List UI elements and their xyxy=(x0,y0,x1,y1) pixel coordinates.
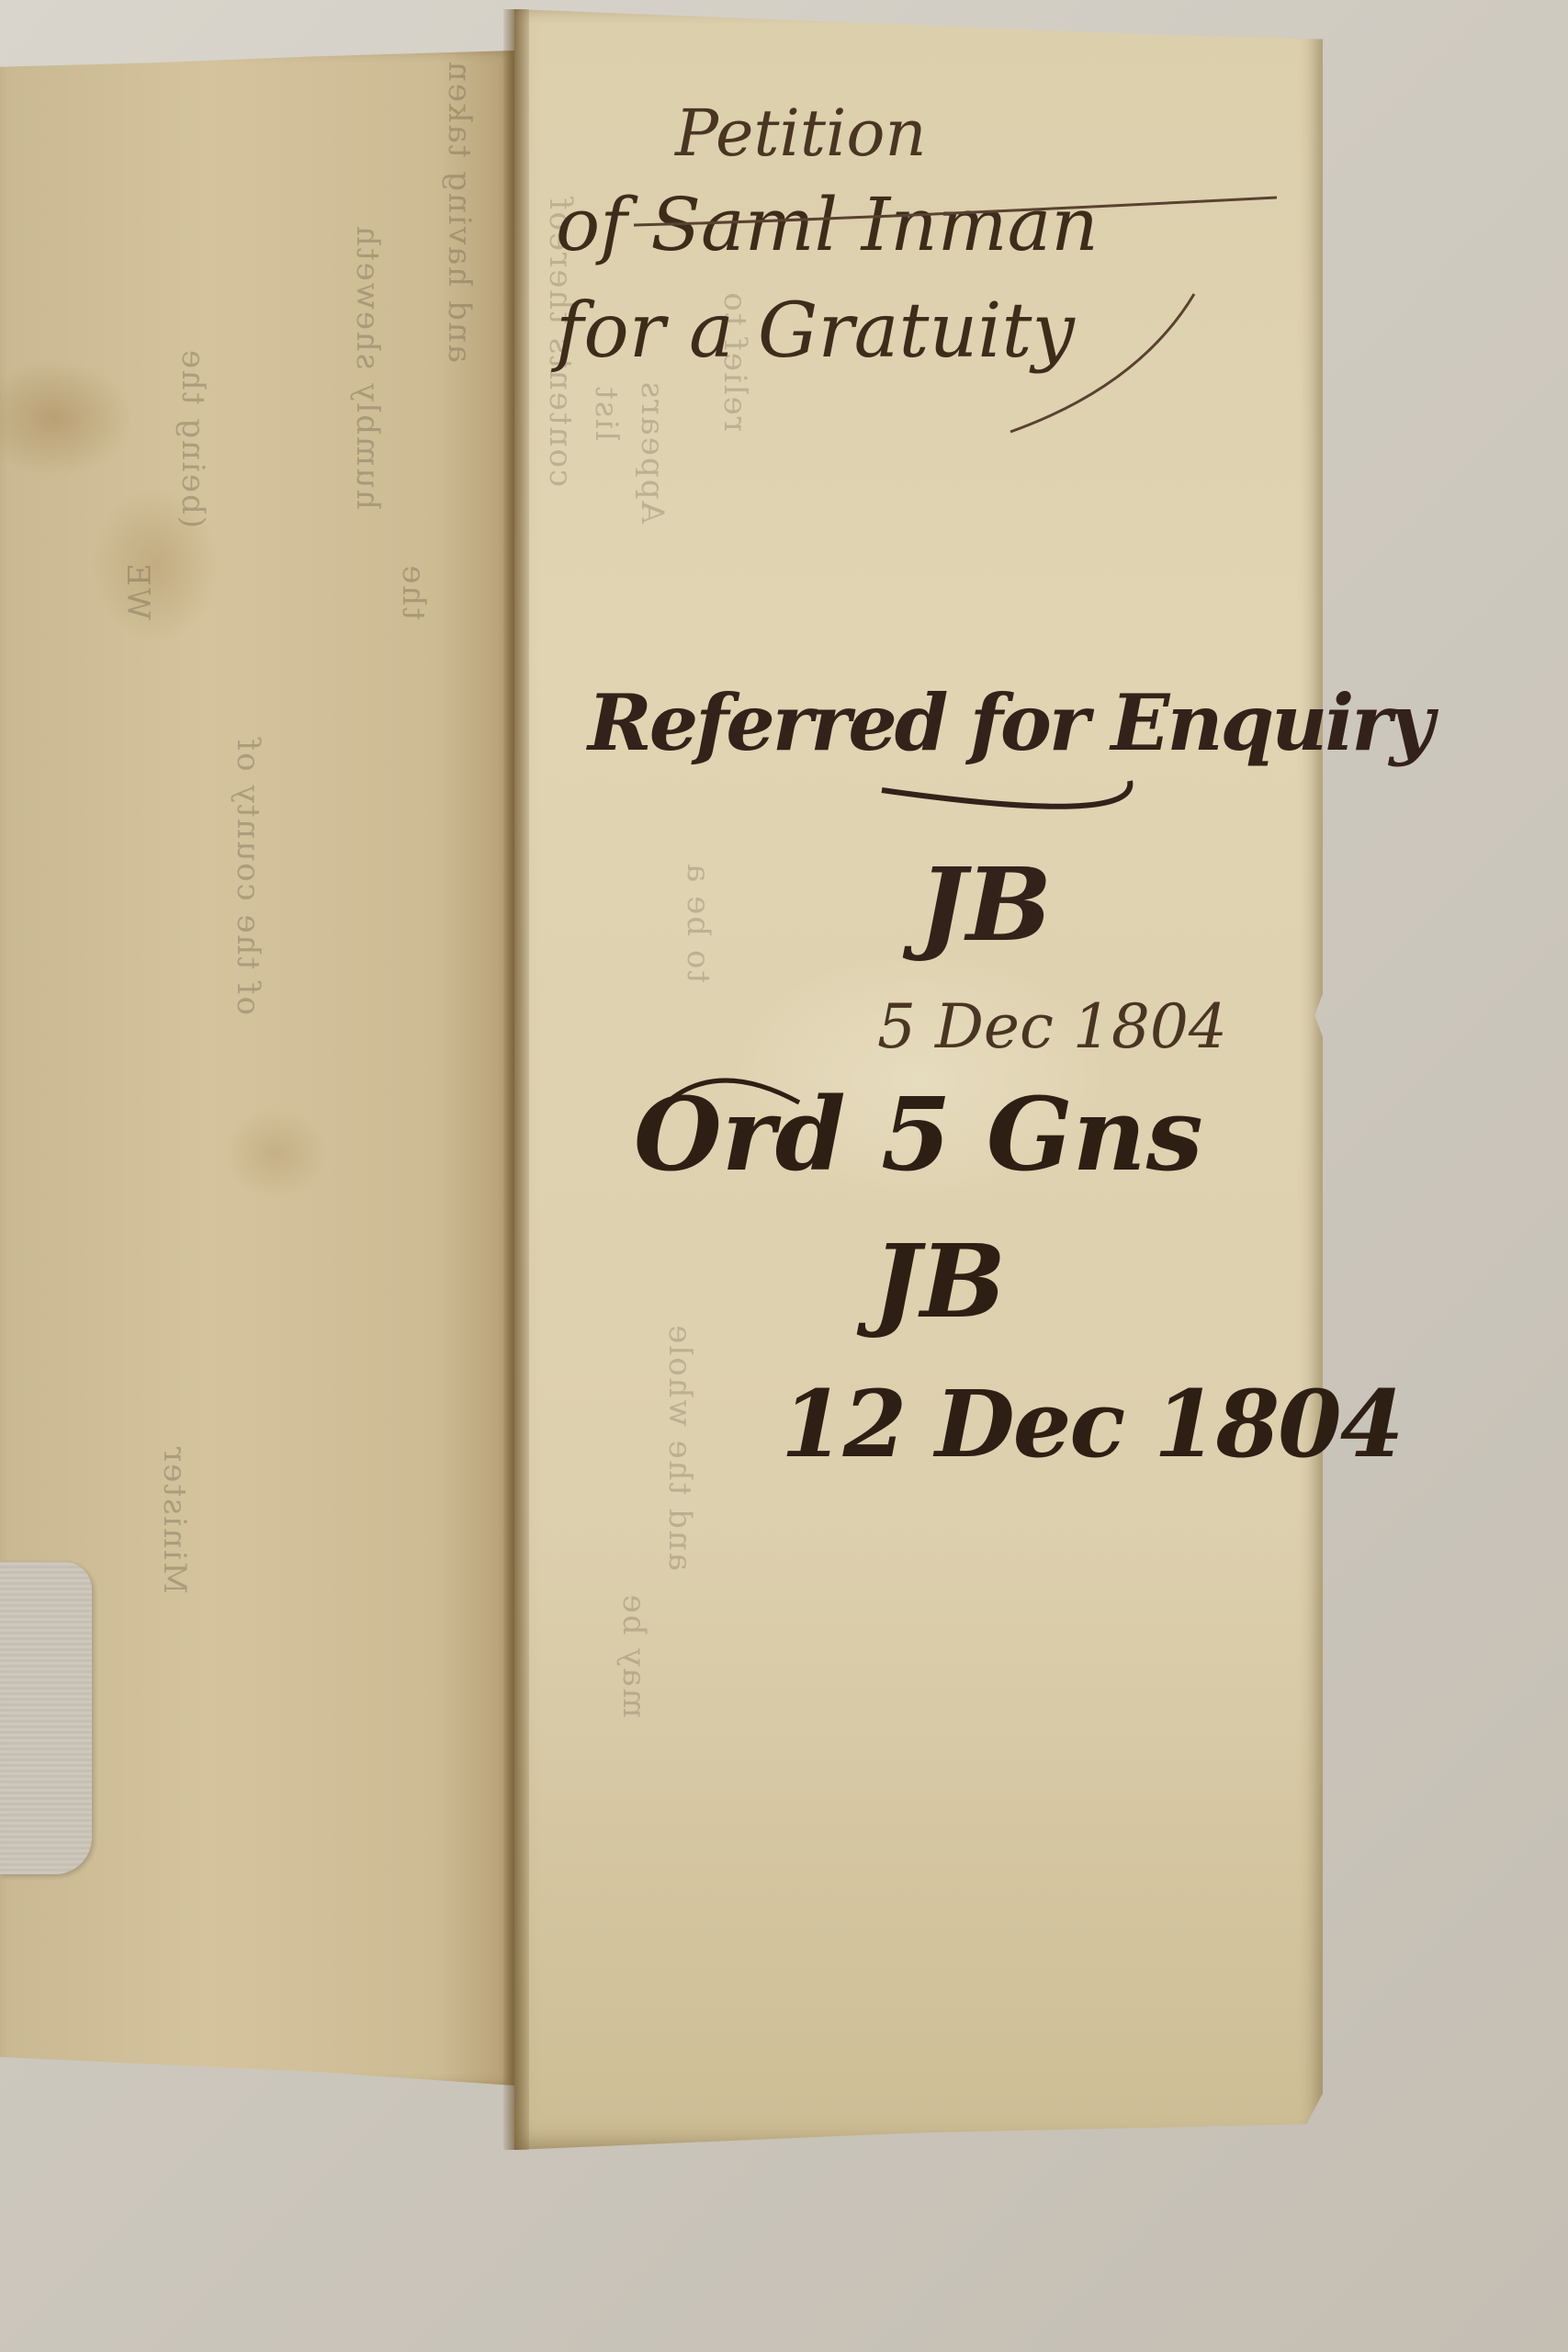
showthrough-text: and having taken xyxy=(441,60,478,363)
award-date: 12 Dec 1804 xyxy=(781,1378,1402,1470)
endorsement-petitioner: of Saml Inman xyxy=(556,188,1099,262)
showthrough-text: list xyxy=(588,385,625,441)
initials-signature: JB xyxy=(873,1231,1006,1332)
showthrough-text: and the whole xyxy=(661,1323,698,1571)
initials-signature: JB xyxy=(919,854,1052,955)
endorsement-title: Petition xyxy=(675,101,927,165)
referral-note: Referred for Enquiry xyxy=(588,684,1431,762)
showthrough-text: to be a xyxy=(680,862,716,983)
document-photo: and having taken the humbly sheweth (bei… xyxy=(0,0,1568,2352)
award-note: Ord 5 Gns xyxy=(634,1084,1203,1185)
showthrough-text: WE xyxy=(119,561,156,620)
endorsement-purpose: for a Gratuity xyxy=(556,294,1075,369)
fabric-tie xyxy=(0,1562,92,1874)
showthrough-text: (being the xyxy=(175,348,211,528)
showthrough-text: may be xyxy=(615,1593,652,1718)
showthrough-text: Minister xyxy=(156,1445,193,1594)
showthrough-text: of the county of xyxy=(230,738,266,1015)
showthrough-text: Appears xyxy=(634,380,671,524)
showthrough-text: humbly sheweth xyxy=(349,224,386,510)
showthrough-text: the xyxy=(395,563,432,620)
fold-line xyxy=(503,9,529,2150)
referral-date: 5 Dec 1804 xyxy=(877,997,1227,1057)
